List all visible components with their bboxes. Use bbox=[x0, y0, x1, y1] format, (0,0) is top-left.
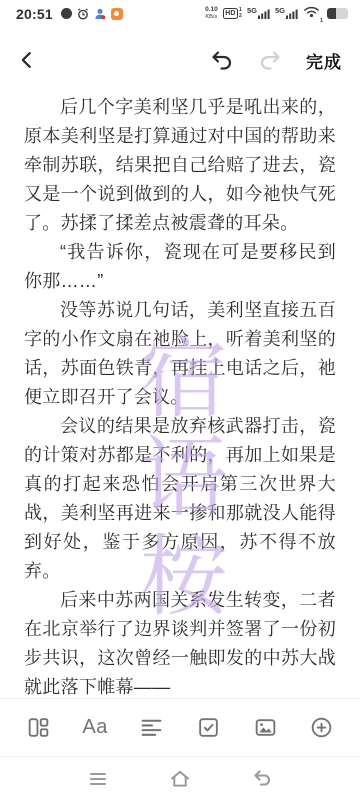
status-bar-right: 0.10 KB/s HD 1 2 5G 5G bbox=[205, 5, 348, 23]
back-icon bbox=[250, 767, 274, 791]
recents-icon bbox=[86, 767, 110, 791]
back-button-nav[interactable] bbox=[250, 767, 274, 791]
add-circle-icon bbox=[309, 715, 334, 740]
sim1-signal-icon: 5G bbox=[247, 8, 270, 19]
edit-toolbar: 完成 bbox=[0, 27, 360, 79]
template-button[interactable] bbox=[26, 715, 51, 740]
checkbox-button[interactable] bbox=[196, 715, 221, 740]
home-icon bbox=[168, 767, 192, 791]
add-button[interactable] bbox=[309, 715, 334, 740]
network-speed-unit: KB/s bbox=[205, 14, 217, 20]
paragraph[interactable]: 后来中苏两国关系发生转变，二者在北京举行了边界谈判并签署了一份初步共识，这次曾经… bbox=[24, 586, 336, 698]
redo-button[interactable] bbox=[258, 48, 282, 72]
editor-content[interactable]: 后几个字美利坚几乎是吼出来的，原本美利坚是打算通过对中国的帮助来牵制苏联，结果把… bbox=[0, 79, 360, 698]
back-button[interactable] bbox=[16, 49, 38, 71]
text-format-button[interactable]: Aa bbox=[82, 716, 107, 739]
status-bar-left: 20:51 bbox=[16, 6, 123, 22]
person-app-icon bbox=[94, 8, 106, 20]
volte-hd-icon: HD 1 2 bbox=[223, 8, 242, 19]
home-button[interactable] bbox=[168, 767, 192, 791]
undo-arrow-icon bbox=[210, 48, 234, 72]
paragraph[interactable]: 会议的结果是放弃核武器打击，瓷的计策对苏都是不利的，再加上如果是真的打起来恐怕会… bbox=[24, 412, 336, 586]
alarm-icon bbox=[77, 8, 89, 20]
chevron-left-icon bbox=[16, 49, 38, 71]
network-speed-indicator: 0.10 KB/s bbox=[205, 7, 218, 20]
checkbox-icon bbox=[196, 715, 221, 740]
wifi-icon: 1 bbox=[303, 5, 320, 23]
paragraph[interactable]: “我告诉你，瓷现在可是要移民到你那……” bbox=[24, 238, 336, 296]
network-speed-value: 0.10 bbox=[205, 7, 218, 14]
align-text-button[interactable] bbox=[139, 715, 164, 740]
insert-image-button[interactable] bbox=[253, 715, 278, 740]
paragraph[interactable]: 后几个字美利坚几乎是吼出来的，原本美利坚是打算通过对中国的帮助来牵制苏联，结果把… bbox=[24, 93, 336, 238]
clock-time: 20:51 bbox=[16, 6, 53, 22]
image-icon bbox=[253, 715, 278, 740]
camera-app-icon bbox=[111, 8, 123, 20]
template-icon bbox=[26, 715, 51, 740]
paragraph[interactable]: 没等苏说几句话，美利坚直接五百字的小作文扇在祂脸上，听着美利坚的话，苏面色铁青，… bbox=[24, 296, 336, 412]
battery-icon bbox=[327, 8, 348, 19]
done-button[interactable]: 完成 bbox=[306, 48, 342, 73]
align-text-icon bbox=[139, 715, 164, 740]
app-dot-icon bbox=[61, 8, 72, 19]
status-bar: 20:51 0.10 KB/s HD 1 bbox=[0, 0, 360, 27]
redo-arrow-icon bbox=[258, 48, 282, 72]
phone-screen: 20:51 0.10 KB/s HD 1 bbox=[0, 0, 360, 800]
system-nav-bar bbox=[0, 756, 360, 800]
sim2-signal-icon: 5G bbox=[275, 8, 298, 19]
undo-button[interactable] bbox=[210, 48, 234, 72]
recents-button[interactable] bbox=[86, 767, 110, 791]
format-toolbar: Aa bbox=[0, 698, 360, 756]
